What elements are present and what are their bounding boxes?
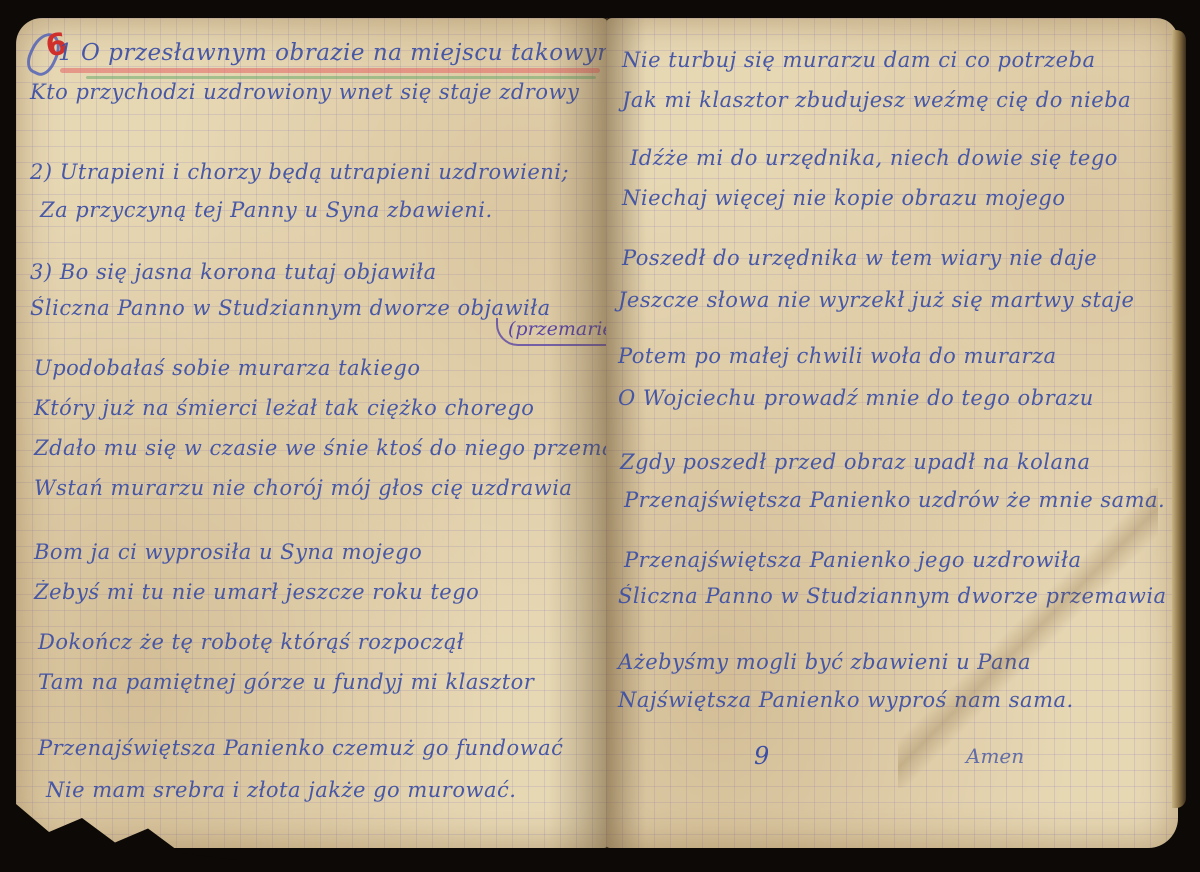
- right-page: Nie turbuj się murarzu dam ci co potrzeb…: [606, 18, 1178, 848]
- verse-line: Wstań murarzu nie chorój mój głos cię uz…: [34, 476, 572, 500]
- verse-line: Zgdy poszedł przed obraz upadł na kolana: [620, 450, 1091, 474]
- left-page: 6 1 O przesławnym obrazie na miejscu tak…: [16, 18, 608, 848]
- page-number: 9: [754, 742, 769, 770]
- verse-line: Dokończ że tę robotę którąś rozpoczął: [38, 630, 464, 654]
- verse-line: Najświętsza Panienko wyproś nam sama.: [618, 688, 1074, 712]
- notebook-photo: 6 1 O przesławnym obrazie na miejscu tak…: [0, 0, 1200, 872]
- verse-line: Upodobałaś sobie murarza takiego: [34, 356, 421, 380]
- verse-line: Przenajświętsza Panienko uzdrów że mnie …: [624, 488, 1165, 512]
- verse-line: Nie turbuj się murarzu dam ci co potrzeb…: [622, 48, 1096, 72]
- paper-crease: [898, 488, 1158, 788]
- verse-line: Jak mi klasztor zbudujesz weźmę cię do n…: [622, 88, 1131, 112]
- closing-amen: Amen: [966, 744, 1024, 768]
- verse-line: Bom ja ci wyprosiła u Syna mojego: [34, 540, 422, 564]
- song-title: 1 O przesławnym obrazie na miejscu takow…: [58, 40, 620, 66]
- verse-line: Niechaj więcej nie kopie obrazu mojego: [622, 186, 1065, 210]
- verse-line: Poszedł do urzędnika w tem wiary nie daj…: [622, 246, 1097, 270]
- verse-line: Kto przychodzi uzdrowiony wnet się staje…: [30, 80, 579, 104]
- verse-line: Za przyczyną tej Panny u Syna zbawieni.: [40, 198, 493, 222]
- verse-line: Ażebyśmy mogli być zbawieni u Pana: [618, 650, 1031, 674]
- verse-line: Śliczna Panno w Studziannym dworze przem…: [618, 584, 1167, 608]
- title-underline-green: [86, 76, 596, 79]
- verse-line: Zdało mu się w czasie we śnie ktoś do ni…: [34, 436, 654, 460]
- verse-line: Potem po małej chwili woła do murarza: [618, 344, 1057, 368]
- verse-line: 2) Utrapieni i chorzy będą utrapieni uzd…: [30, 160, 569, 184]
- verse-line: Który już na śmierci leżał tak ciężko ch…: [34, 396, 534, 420]
- verse-line: 3) Bo się jasna korona tutaj objawiła: [30, 260, 437, 284]
- verse-line: Jeszcze słowa nie wyrzekł już się martwy…: [618, 288, 1134, 312]
- verse-line: Przenajświętsza Panienko jego uzdrowiła: [624, 548, 1081, 572]
- verse-line: O Wojciechu prowadź mnie do tego obrazu: [618, 386, 1094, 410]
- verse-line: Żebyś mi tu nie umarł jeszcze roku tego: [34, 580, 479, 604]
- verse-line: Przenajświętsza Panienko czemuż go fundo…: [38, 736, 563, 760]
- verse-line: Śliczna Panno w Studziannym dworze objaw…: [30, 296, 551, 320]
- verse-line: Tam na pamiętnej górze u fundyj mi klasz…: [38, 670, 534, 694]
- title-underline-red: [60, 68, 600, 73]
- verse-line: Nie mam srebra i złota jakże go murować.: [46, 778, 516, 802]
- verse-line: Idźże mi do urzędnika, niech dowie się t…: [630, 146, 1118, 170]
